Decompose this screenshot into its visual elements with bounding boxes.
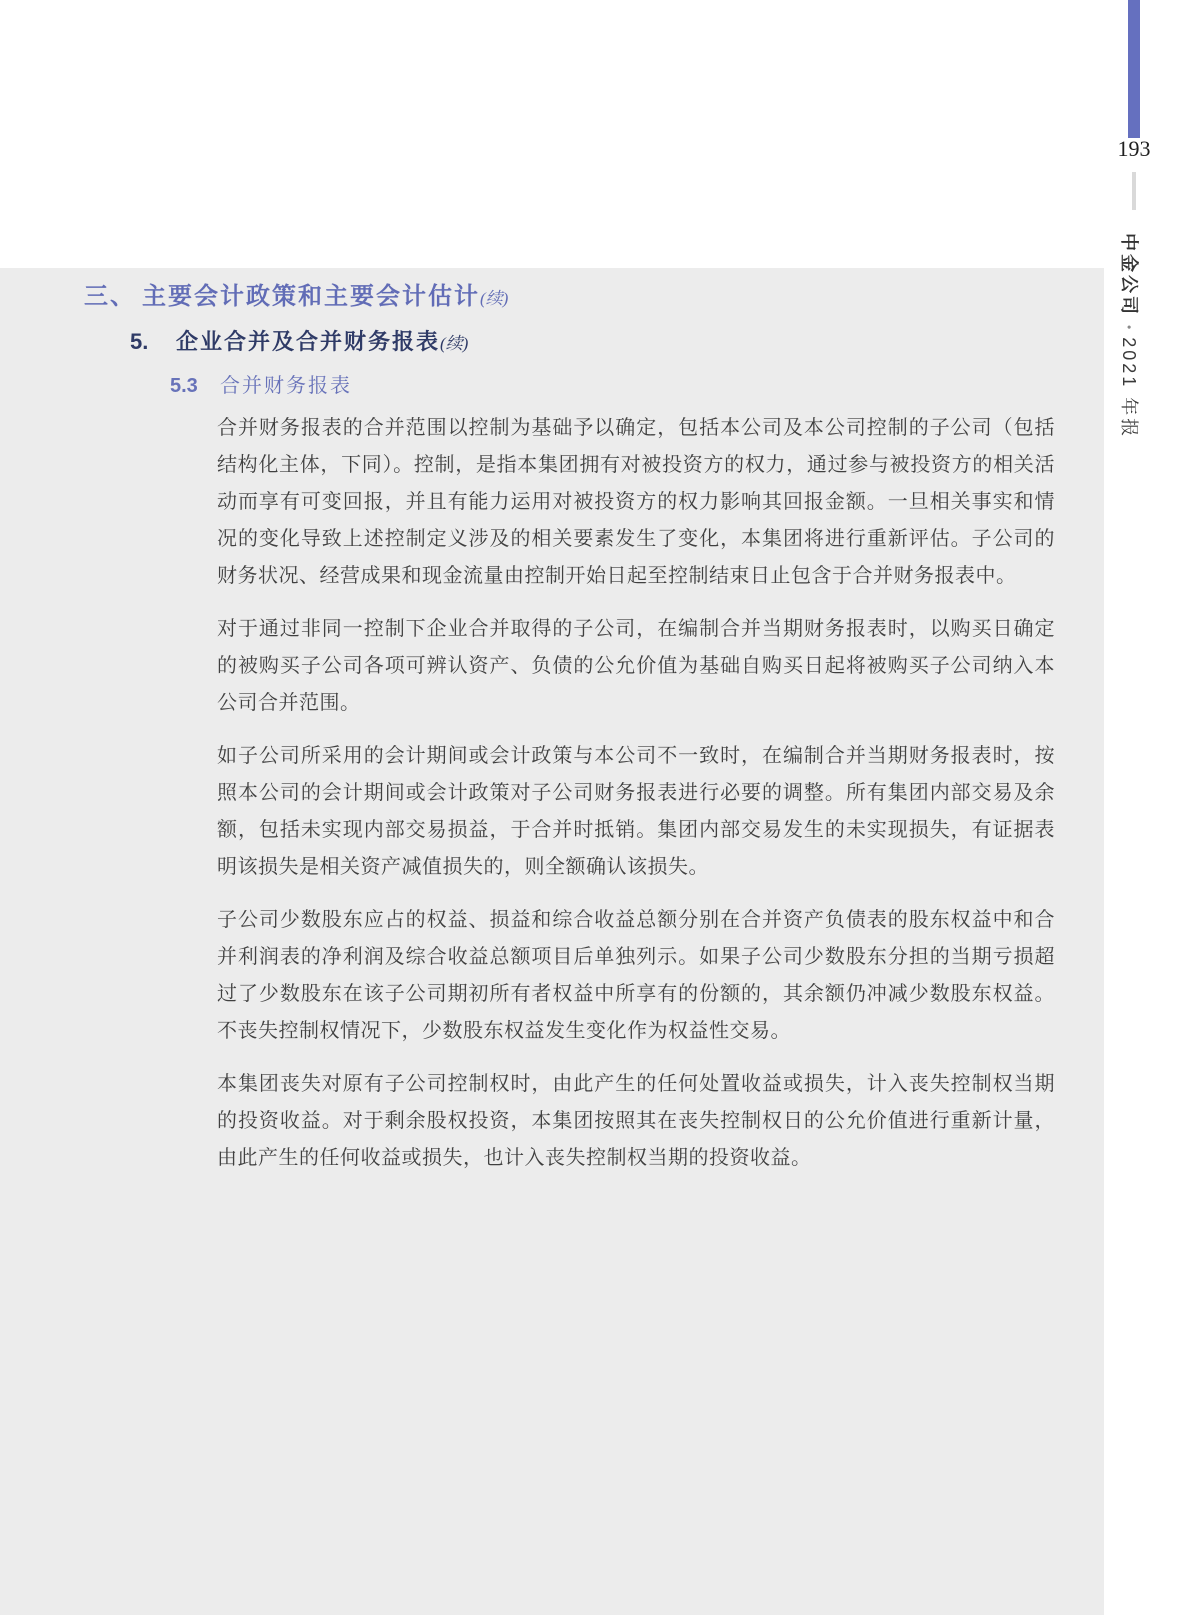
rail-report-year: 2021 年报 xyxy=(1119,337,1139,439)
paragraph-non-common-control: 对于通过非同一控制下企业合并取得的子公司，在编制合并当期财务报表时，以购买日确定… xyxy=(217,611,1055,722)
subsubsection-title: 合并财务报表 xyxy=(220,375,352,397)
report-rail-caption: 中金公司•2021 年报 xyxy=(1117,233,1143,493)
paragraph-loss-of-control: 本集团丧失对原有子公司控制权时，由此产生的任何处置收益或损失，计入丧失控制权当期… xyxy=(217,1066,1055,1177)
subsection-continued-marker: (续) xyxy=(440,334,468,353)
subsubsection-index: 5.3 xyxy=(170,373,220,399)
subsection-title: 企业合并及合并财务报表 xyxy=(176,329,440,354)
rail-company-name: 中金公司 xyxy=(1119,233,1139,317)
section-index: 三、 xyxy=(84,283,136,310)
section-continued-marker: (续) xyxy=(480,289,508,308)
notes-content-panel: 三、主要会计政策和主要会计估计(续) 5.企业合并及合并财务报表(续) 5.3合… xyxy=(0,268,1104,1615)
paragraph-minority-interest: 子公司少数股东应占的权益、损益和综合收益总额分别在合并资产负债表的股东权益中和合… xyxy=(217,902,1055,1050)
paragraph-accounting-alignment: 如子公司所采用的会计期间或会计政策与本公司不一致时，在编制合并当期财务报表时，按… xyxy=(217,738,1055,886)
section-heading: 三、主要会计政策和主要会计估计(续) xyxy=(84,282,1104,314)
rail-separator-dot: • xyxy=(1122,325,1136,329)
subsubsection-heading: 5.3合并财务报表 xyxy=(170,373,1104,399)
section-title: 主要会计政策和主要会计估计 xyxy=(142,283,480,310)
accent-bar xyxy=(1128,0,1140,138)
body-paragraphs: 合并财务报表的合并范围以控制为基础予以确定，包括本公司及本公司控制的子公司（包括… xyxy=(217,410,1055,1177)
paragraph-consolidation-scope: 合并财务报表的合并范围以控制为基础予以确定，包括本公司及本公司控制的子公司（包括… xyxy=(217,410,1055,595)
report-page: { "page": { "number": "193", "rail": { "… xyxy=(0,0,1190,1615)
subsection-index: 5. xyxy=(130,328,176,356)
page-number: 193 xyxy=(1100,136,1168,162)
page-number-tick xyxy=(1132,172,1136,210)
subsection-heading: 5.企业合并及合并财务报表(续) xyxy=(130,328,1104,358)
